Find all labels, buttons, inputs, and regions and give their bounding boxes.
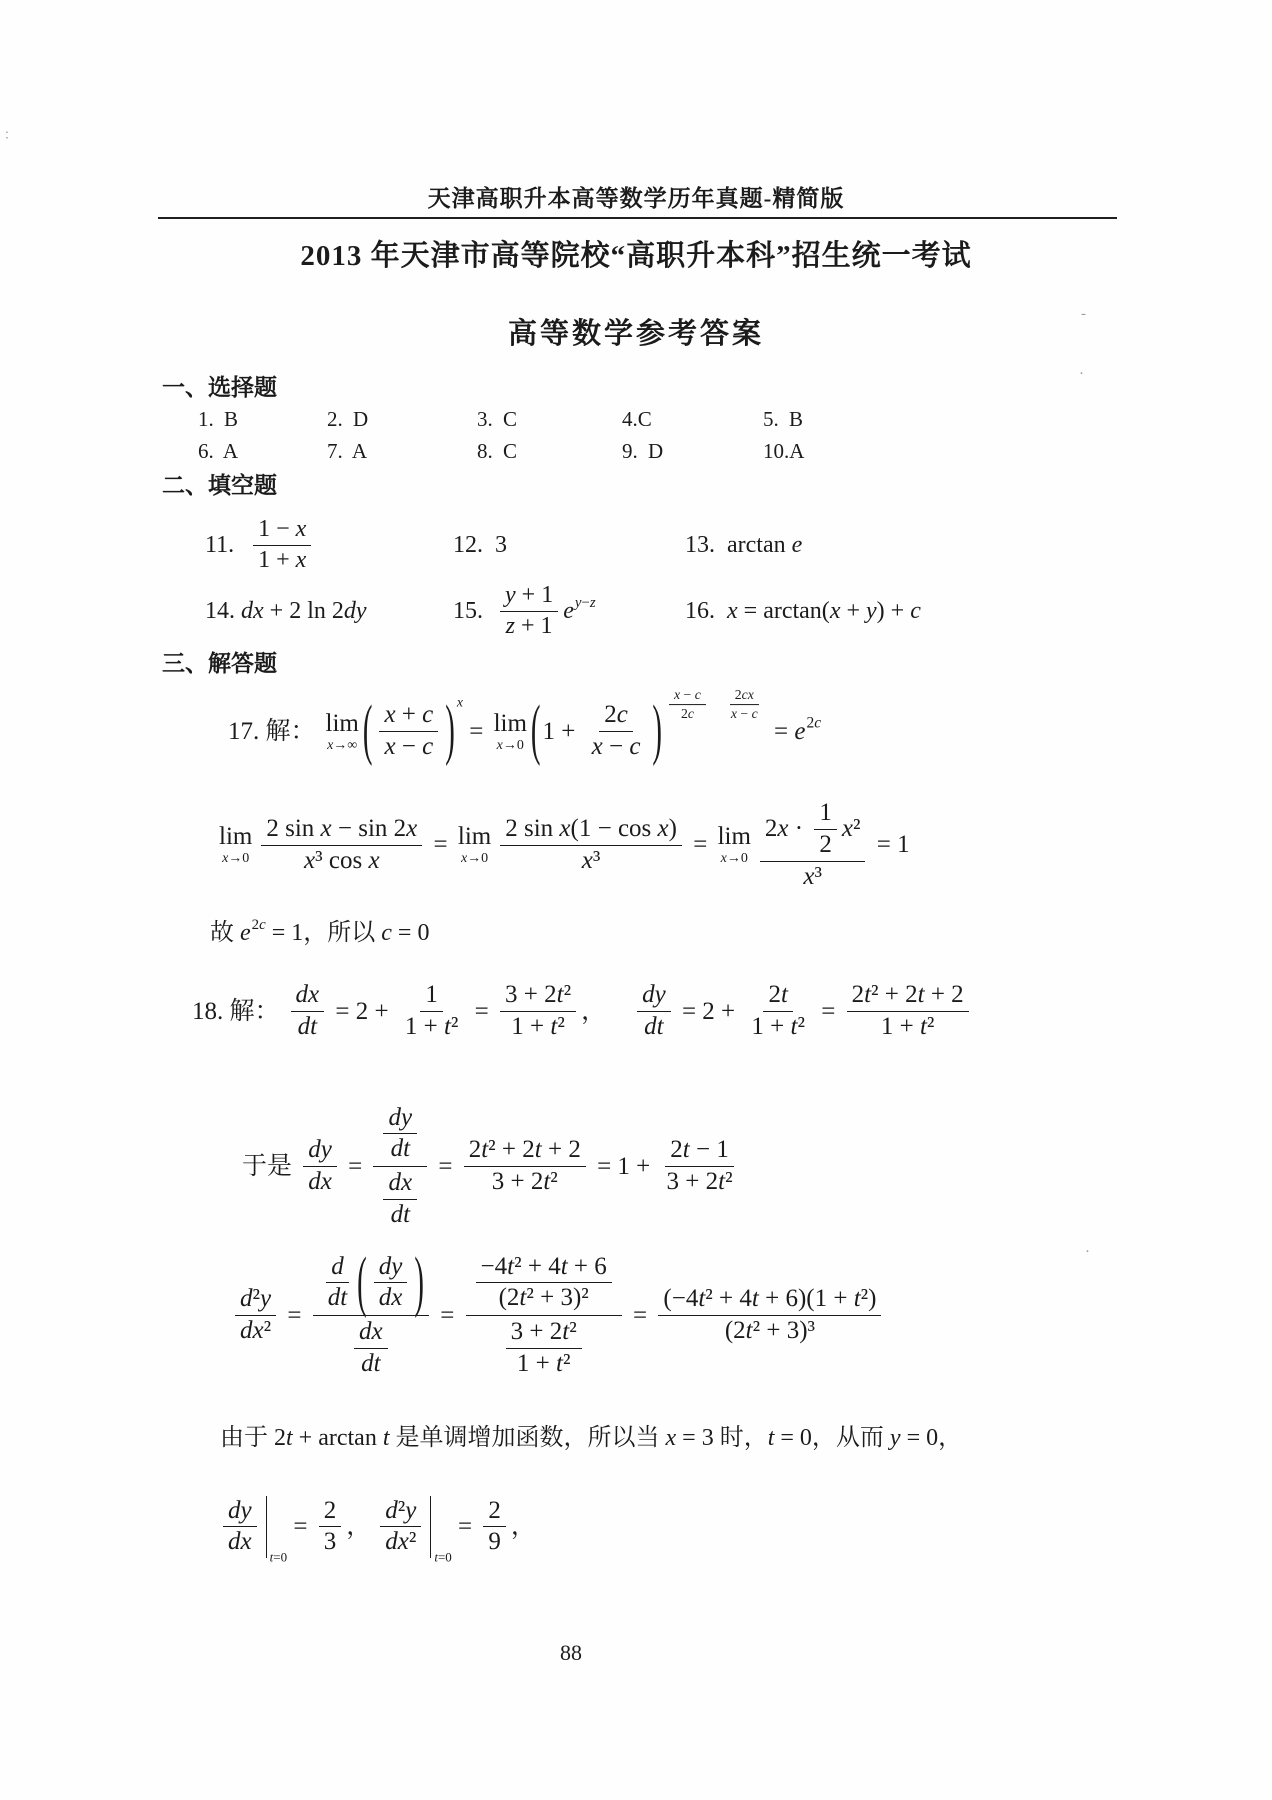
eq-q18-line2: 于是 dydx = dydtdxdt = 2t² + 2t + 23 + 2t²… <box>242 1102 1272 1232</box>
answer-cell: 1. B <box>198 406 327 432</box>
answer-cell: 7. A <box>327 438 477 464</box>
header-rule <box>158 217 1117 219</box>
page-title: 2013 年天津市高等院校“高职升本科”招生统一考试 <box>0 237 1272 275</box>
answer-cell: 4.C <box>622 406 763 432</box>
fill-answers-row-1: 11. 1 − x1 + x 12. 3 13. arctan e <box>205 515 1272 575</box>
fill-answer-12: 12. 3 <box>453 532 685 559</box>
answer-cell: 8. C <box>477 438 622 464</box>
scan-artifact: · <box>1085 1244 1090 1261</box>
choice-answers-row-1: 1. B 2. D 3. C 4.C 5. B <box>198 406 1272 432</box>
section-heading-choice: 一、选择题 <box>162 373 1272 403</box>
eq-q18-line3: d²ydx² = ddt(dydx)dxdt = −4t² + 4t + 6(2… <box>230 1251 1272 1381</box>
scan-artifact: · <box>1079 366 1084 383</box>
answer-cell: 5. B <box>763 406 873 432</box>
answer-cell: 9. D <box>622 438 763 464</box>
scan-artifact: ： <box>4 124 17 143</box>
fill-answers-row-2: 14. dx + 2 ln 2dy 15. y + 1z + 1ey−z 16.… <box>205 581 1272 641</box>
eq-q17-conclusion: 故 e2c = 1，所以 c = 0 <box>210 918 1272 948</box>
fill-answer-16: 16. x = arctan(x + y) + c <box>685 598 921 625</box>
answer-cell: 10.A <box>763 438 873 464</box>
eq-q17-line1: 17. 解：limx→∞(x + cx − c)x = limx→0(1 + 2… <box>228 700 1272 763</box>
fill-answer-13: 13. arctan e <box>685 532 802 559</box>
fill-answer-11: 11. 1 − x1 + x <box>205 515 453 575</box>
eq-q18-line1: 18. 解：dxdt = 2 + 11 + t² = 3 + 2t²1 + t²… <box>192 980 1272 1043</box>
eq-q18-monotonic-note: 由于 2t + arctan t 是单调增加函数，所以当 x = 3 时，t =… <box>220 1423 1272 1453</box>
section-heading-solution: 三、解答题 <box>162 649 1272 679</box>
eq-q17-line2: limx→02 sin x − sin 2xx³ cos x = limx→02… <box>215 797 1272 893</box>
running-header: 天津高职升本高等数学历年真题-精简版 <box>0 184 1272 214</box>
fill-answer-14: 14. dx + 2 ln 2dy <box>205 598 453 625</box>
scan-artifact: - <box>1081 306 1086 323</box>
page-number: 88 <box>560 1640 582 1666</box>
choice-answers-row-2: 6. A 7. A 8. C 9. D 10.A <box>198 438 1272 464</box>
eq-q18-evaluated-derivatives: dydxt=0 = 23，d²ydx²t=0 = 29， <box>218 1496 1272 1559</box>
fill-answer-15: 15. y + 1z + 1ey−z <box>453 581 685 641</box>
document-page: 天津高职升本高等数学历年真题-精简版 2013 年天津市高等院校“高职升本科”招… <box>0 0 1272 1800</box>
answer-cell: 3. C <box>477 406 622 432</box>
answer-cell: 6. A <box>198 438 327 464</box>
answer-cell: 2. D <box>327 406 477 432</box>
section-heading-blank: 二、填空题 <box>162 471 1272 501</box>
